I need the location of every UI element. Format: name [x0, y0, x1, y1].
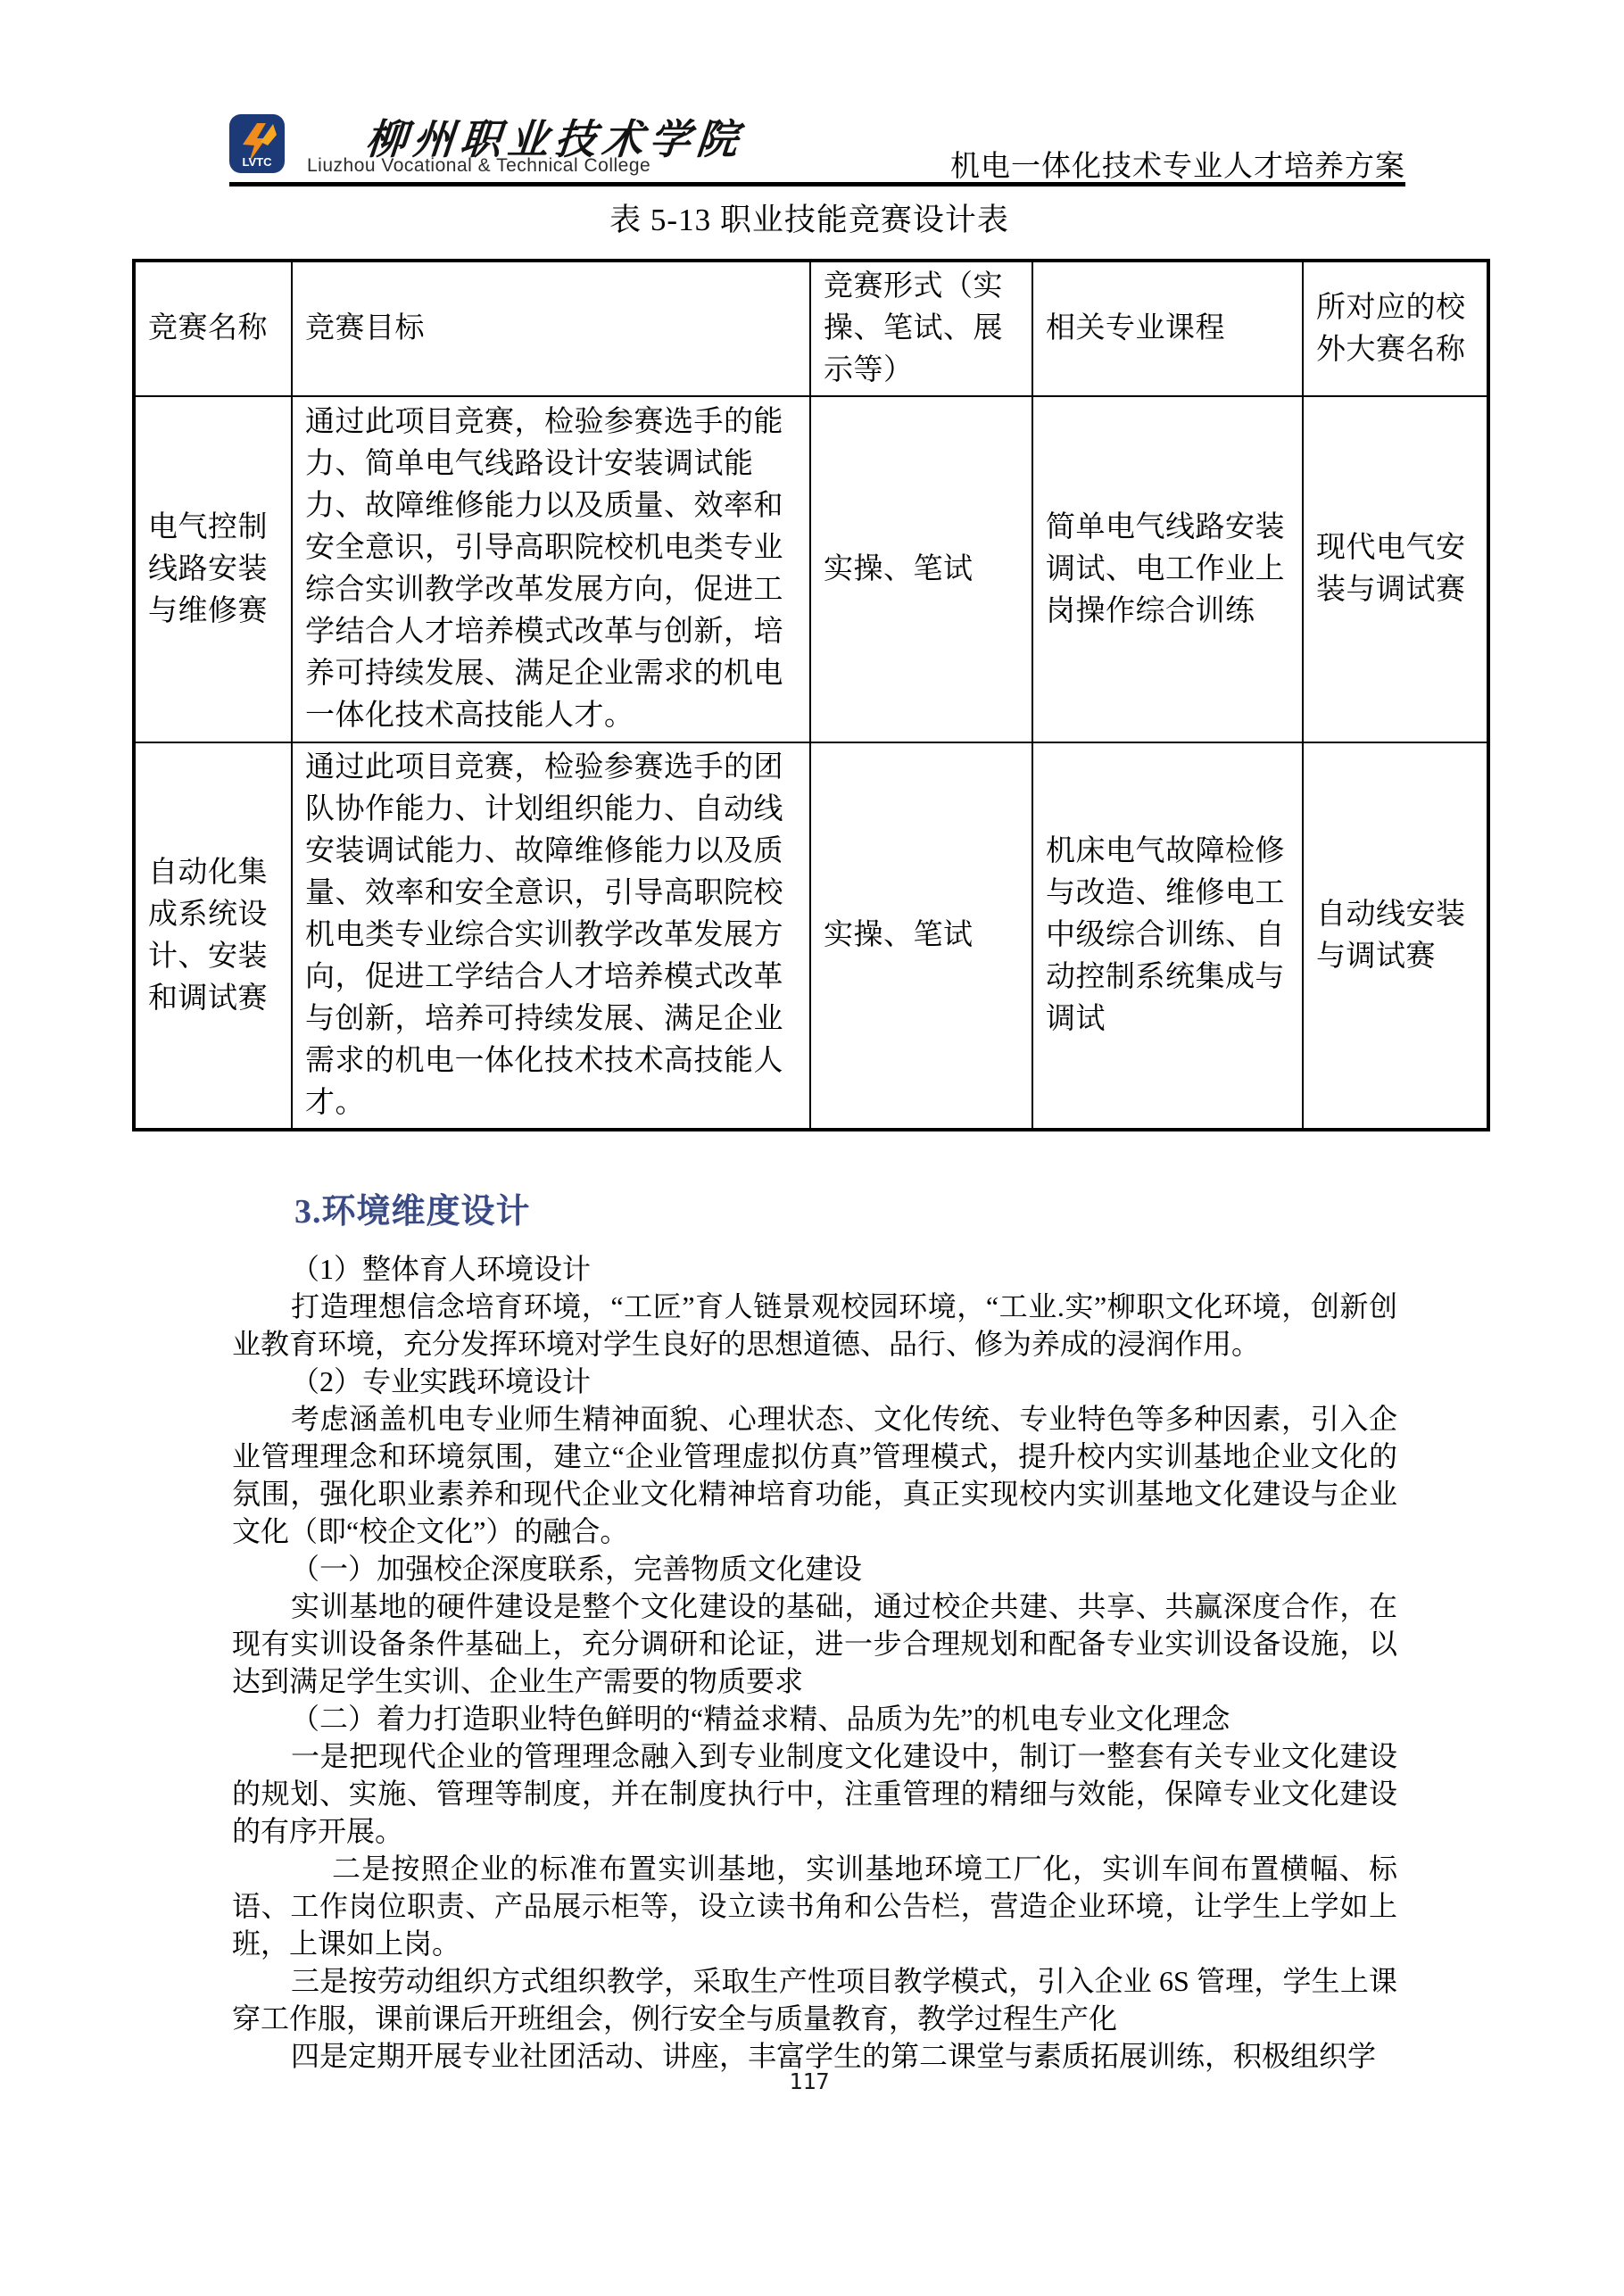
goal-cell: 通过此项目竞赛，检验参赛选手的能力、简单电气线路设计安装调试能力、故障维修能力以…: [292, 396, 810, 742]
goal-cell: 通过此项目竞赛，检验参赛选手的团队协作能力、计划组织能力、自动线安装调试能力、故…: [292, 742, 810, 1130]
section-environment-design: 3.环境维度设计 （1）整体育人环境设计打造理想信念培育环境，“工匠”育人链景观…: [232, 1183, 1397, 2075]
external-competition-cell: 自动线安装与调试赛: [1303, 742, 1488, 1130]
column-header-0: 竞赛名称: [134, 261, 292, 396]
page-number: 117: [132, 2068, 1487, 2094]
paragraph: （一）加强校企深度联系，完善物质文化建设: [232, 1550, 1397, 1587]
table-header-row: 竞赛名称竞赛目标竞赛形式（实操、笔试、展示等）相关专业课程所对应的校外大赛名称: [134, 261, 1488, 396]
logo-abbr-text: LVTC: [243, 155, 273, 169]
column-header-2: 竞赛形式（实操、笔试、展示等）: [810, 261, 1032, 396]
form-cell: 实操、笔试: [810, 396, 1032, 742]
college-logo-icon: LVTC: [229, 114, 285, 173]
competition-name-cell: 自动化集成系统设计、安装和调试赛: [134, 742, 292, 1130]
table-body: 电气控制线路安装与维修赛通过此项目竞赛，检验参赛选手的能力、简单电气线路设计安装…: [134, 396, 1488, 1130]
paragraph: 考虑涵盖机电专业师生精神面貌、心理状态、文化传统、专业特色等多种因素，引入企业管…: [232, 1400, 1397, 1550]
paragraph: 三是按劳动组织方式组织教学，采取生产性项目教学模式，引入企业 6S 管理，学生上…: [232, 1962, 1397, 2037]
competition-table: 竞赛名称竞赛目标竞赛形式（实操、笔试、展示等）相关专业课程所对应的校外大赛名称 …: [132, 259, 1490, 1131]
header-divider: [229, 182, 1405, 186]
paragraph: 二是按照企业的标准布置实训基地，实训基地环境工厂化，实训车间布置横幅、标语、工作…: [232, 1850, 1397, 1962]
paragraph: （二）着力打造职业特色鲜明的“精益求精、品质为先”的机电专业文化理念: [232, 1700, 1397, 1737]
table-row: 电气控制线路安装与维修赛通过此项目竞赛，检验参赛选手的能力、简单电气线路设计安装…: [134, 396, 1488, 742]
section-body: （1）整体育人环境设计打造理想信念培育环境，“工匠”育人链景观校园环境，“工业.…: [232, 1250, 1397, 2075]
courses-cell: 机床电气故障检修与改造、维修电工中级综合训练、自动控制系统集成与调试: [1032, 742, 1303, 1130]
table-caption: 表 5-13 职业技能竞赛设计表: [132, 195, 1487, 240]
section-heading: 3.环境维度设计: [294, 1183, 1397, 1232]
paragraph: （2）专业实践环境设计: [232, 1363, 1397, 1400]
paragraph: 实训基地的硬件建设是整个文化建设的基础，通过校企共建、共享、共赢深度合作，在现有…: [232, 1587, 1397, 1700]
external-competition-cell: 现代电气安装与调试赛: [1303, 396, 1488, 742]
column-header-3: 相关专业课程: [1032, 261, 1303, 396]
table-row: 自动化集成系统设计、安装和调试赛通过此项目竞赛，检验参赛选手的团队协作能力、计划…: [134, 742, 1488, 1130]
document-page: LVTC 柳州职业技术学院 Liuzhou Vocational & Techn…: [0, 0, 1624, 2296]
courses-cell: 简单电气线路安装调试、电工作业上岗操作综合训练: [1032, 396, 1303, 742]
column-header-4: 所对应的校外大赛名称: [1303, 261, 1488, 396]
paragraph: （1）整体育人环境设计: [232, 1250, 1397, 1288]
form-cell: 实操、笔试: [810, 742, 1032, 1130]
paragraph: 一是把现代企业的管理理念融入到专业制度文化建设中，制订一整套有关专业文化建设的规…: [232, 1737, 1397, 1850]
table-head: 竞赛名称竞赛目标竞赛形式（实操、笔试、展示等）相关专业课程所对应的校外大赛名称: [134, 261, 1488, 396]
college-name-english: Liuzhou Vocational & Technical College: [307, 155, 650, 177]
competition-name-cell: 电气控制线路安装与维修赛: [134, 396, 292, 742]
document-title: 机电一体化技术专业人才培养方案: [950, 143, 1405, 185]
paragraph: 打造理想信念培育环境，“工匠”育人链景观校园环境，“工业.实”柳职文化环境，创新…: [232, 1288, 1397, 1363]
column-header-1: 竞赛目标: [292, 261, 810, 396]
